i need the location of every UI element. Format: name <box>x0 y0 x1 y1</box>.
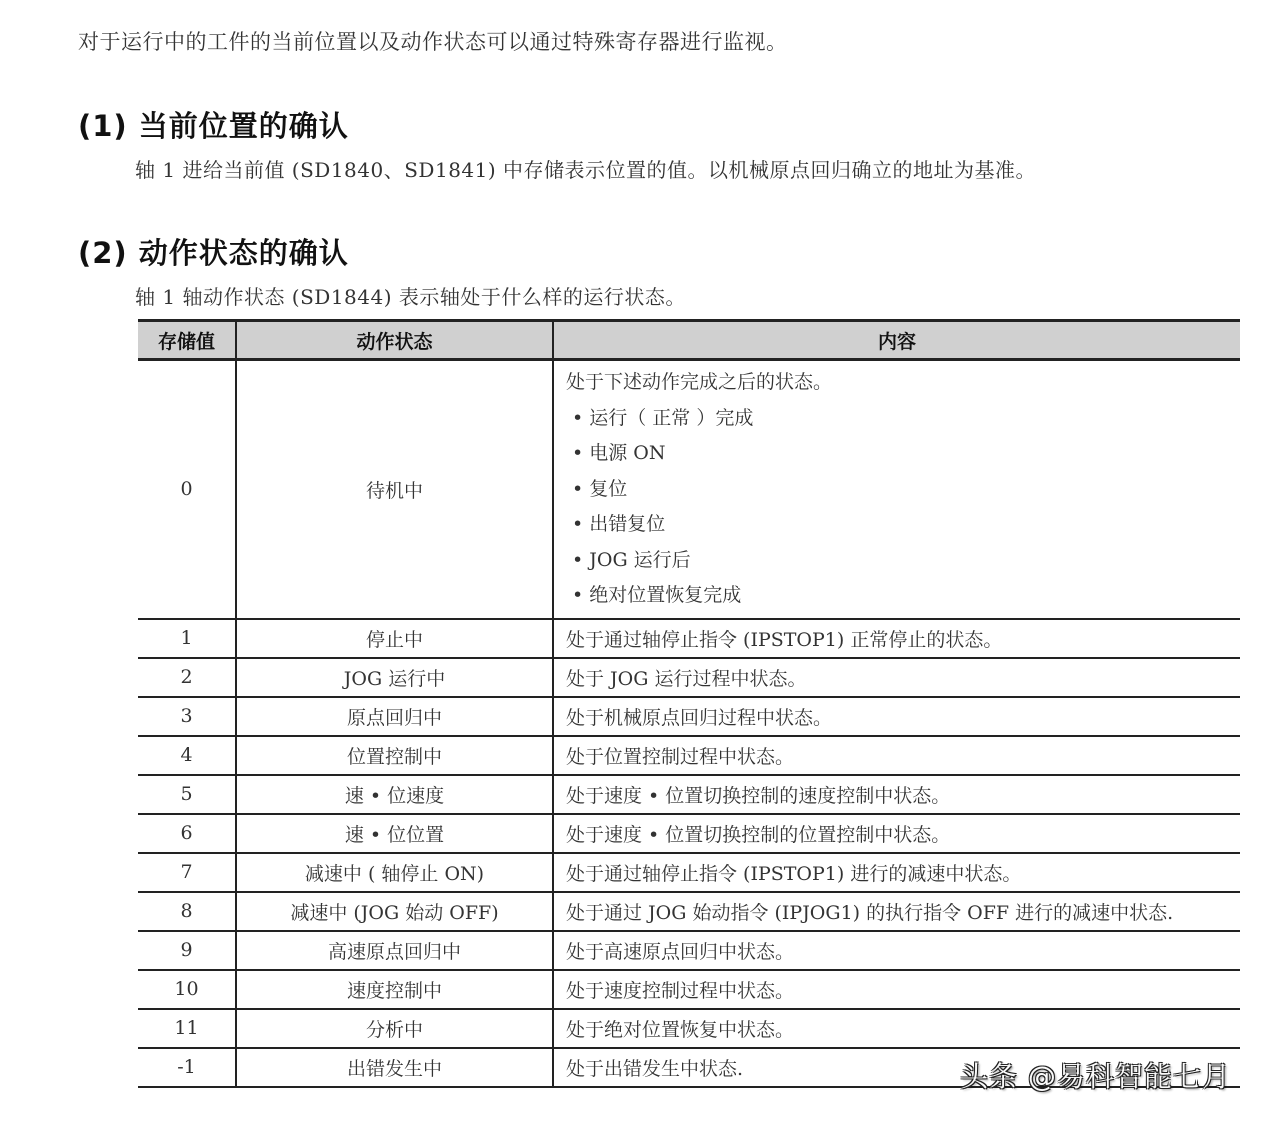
table-row: 6 速 • 位位置 处于速度 • 位置切换控制的位置控制中状态。 <box>138 814 1240 853</box>
cell-value: 0 <box>138 360 236 619</box>
cell-value: 5 <box>138 775 236 814</box>
header-action-state: 动作状态 <box>236 321 553 360</box>
cell-value: 2 <box>138 658 236 697</box>
cell-state: 待机中 <box>236 360 553 619</box>
header-content: 内容 <box>553 321 1240 360</box>
cell-value: 6 <box>138 814 236 853</box>
cell-state: 速度控制中 <box>236 970 553 1009</box>
cell-value: 3 <box>138 697 236 736</box>
table-row: 7 减速中 ( 轴停止 ON) 处于通过轴停止指令 (IPSTOP1) 进行的减… <box>138 853 1240 892</box>
cell-state: 速 • 位速度 <box>236 775 553 814</box>
bullet-item: • JOG 运行后 <box>566 543 1240 579</box>
cell-content: 处于位置控制过程中状态。 <box>553 736 1240 775</box>
status-table: 存储值 动作状态 内容 0 待机中 处于下述动作完成之后的状态。 • 运行（ 正… <box>138 319 1240 1088</box>
table-row: 2 JOG 运行中 处于 JOG 运行过程中状态。 <box>138 658 1240 697</box>
table-row: 9 高速原点回归中 处于高速原点回归中状态。 <box>138 931 1240 970</box>
table-row: 4 位置控制中 处于位置控制过程中状态。 <box>138 736 1240 775</box>
table-row: 0 待机中 处于下述动作完成之后的状态。 • 运行（ 正常 ）完成 • 电源 O… <box>138 360 1240 619</box>
header-stored-value: 存储值 <box>138 321 236 360</box>
cell-value: -1 <box>138 1048 236 1087</box>
cell-value: 7 <box>138 853 236 892</box>
bullet-item: • 运行（ 正常 ）完成 <box>566 401 1240 437</box>
table-row: 8 减速中 (JOG 始动 OFF) 处于通过 JOG 始动指令 (IPJOG1… <box>138 892 1240 931</box>
cell-state: 高速原点回归中 <box>236 931 553 970</box>
section-1-text: 轴 1 进给当前值 (SD1840、SD1841) 中存储表示位置的值。以机械原… <box>135 154 1036 183</box>
cell-content: 处于 JOG 运行过程中状态。 <box>553 658 1240 697</box>
table-row: 5 速 • 位速度 处于速度 • 位置切换控制的速度控制中状态。 <box>138 775 1240 814</box>
cell-state: 原点回归中 <box>236 697 553 736</box>
table-header-row: 存储值 动作状态 内容 <box>138 321 1240 360</box>
cell-value: 8 <box>138 892 236 931</box>
section-2-text: 轴 1 轴动作状态 (SD1844) 表示轴处于什么样的运行状态。 <box>135 281 686 310</box>
cell-content: 处于通过轴停止指令 (IPSTOP1) 进行的减速中状态。 <box>553 853 1240 892</box>
content-intro: 处于下述动作完成之后的状态。 <box>566 365 1240 401</box>
table-row: 11 分析中 处于绝对位置恢复中状态。 <box>138 1009 1240 1048</box>
cell-content: 处于速度控制过程中状态。 <box>553 970 1240 1009</box>
cell-content: 处于高速原点回归中状态。 <box>553 931 1240 970</box>
watermark: 头条 @易科智能七月 <box>960 1055 1231 1095</box>
bullet-item: • 电源 ON <box>566 436 1240 472</box>
cell-state: 减速中 (JOG 始动 OFF) <box>236 892 553 931</box>
cell-content: 处于下述动作完成之后的状态。 • 运行（ 正常 ）完成 • 电源 ON • 复位… <box>553 360 1240 619</box>
cell-content: 处于机械原点回归过程中状态。 <box>553 697 1240 736</box>
bullet-item: • 复位 <box>566 472 1240 508</box>
cell-value: 1 <box>138 619 236 658</box>
intro-text: 对于运行中的工件的当前位置以及动作状态可以通过特殊寄存器进行监视。 <box>78 26 788 56</box>
bullet-item: • 出错复位 <box>566 507 1240 543</box>
cell-content: 处于速度 • 位置切换控制的速度控制中状态。 <box>553 775 1240 814</box>
section-2-title: (2) 动作状态的确认 <box>78 231 349 272</box>
cell-content: 处于绝对位置恢复中状态。 <box>553 1009 1240 1048</box>
cell-state: 位置控制中 <box>236 736 553 775</box>
table-row: 1 停止中 处于通过轴停止指令 (IPSTOP1) 正常停止的状态。 <box>138 619 1240 658</box>
cell-state: 速 • 位位置 <box>236 814 553 853</box>
cell-state: 出错发生中 <box>236 1048 553 1087</box>
section-1-title: (1) 当前位置的确认 <box>78 104 349 145</box>
cell-state: 停止中 <box>236 619 553 658</box>
cell-content: 处于通过轴停止指令 (IPSTOP1) 正常停止的状态。 <box>553 619 1240 658</box>
bullet-item: • 绝对位置恢复完成 <box>566 578 1240 614</box>
cell-content: 处于速度 • 位置切换控制的位置控制中状态。 <box>553 814 1240 853</box>
cell-value: 10 <box>138 970 236 1009</box>
cell-state: JOG 运行中 <box>236 658 553 697</box>
cell-state: 减速中 ( 轴停止 ON) <box>236 853 553 892</box>
table-row: 3 原点回归中 处于机械原点回归过程中状态。 <box>138 697 1240 736</box>
cell-value: 4 <box>138 736 236 775</box>
cell-content: 处于通过 JOG 始动指令 (IPJOG1) 的执行指令 OFF 进行的减速中状… <box>553 892 1240 931</box>
table-row: 10 速度控制中 处于速度控制过程中状态。 <box>138 970 1240 1009</box>
cell-value: 11 <box>138 1009 236 1048</box>
cell-state: 分析中 <box>236 1009 553 1048</box>
cell-value: 9 <box>138 931 236 970</box>
